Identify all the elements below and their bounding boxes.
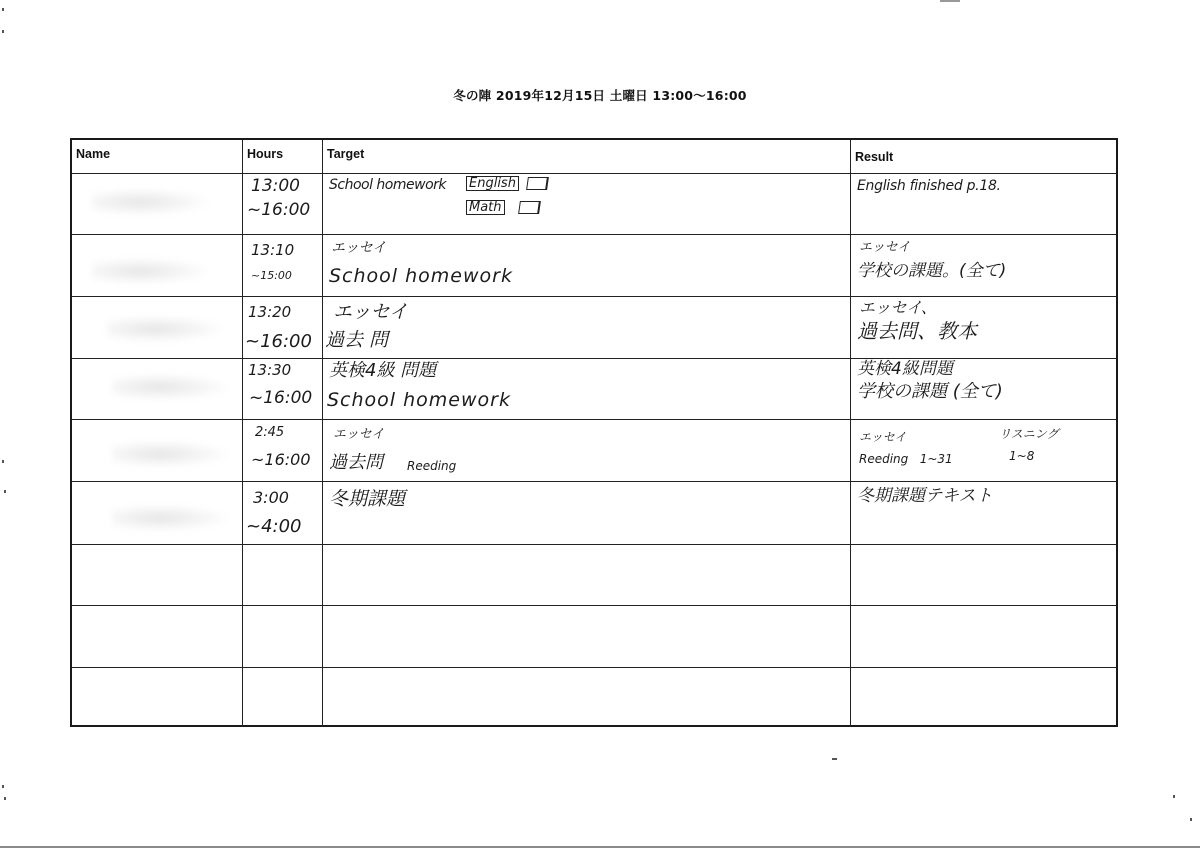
header-result: Result	[850, 140, 1116, 173]
header-target: Target	[322, 140, 850, 173]
target-line-2: School homework	[327, 391, 511, 410]
name-cell-redacted	[72, 482, 242, 544]
table-row-empty	[72, 606, 1116, 668]
hours-end: ~16:00	[247, 202, 310, 219]
hours-cell: 13:00 ~16:00	[242, 174, 322, 234]
hours-start: 3:00	[253, 490, 289, 506]
hours-cell	[242, 606, 322, 667]
result-cell: English finished p.18.	[850, 174, 1116, 234]
scan-speck	[4, 490, 6, 493]
result-cell	[850, 606, 1116, 667]
scan-speck	[940, 0, 960, 2]
name-cell	[72, 606, 242, 667]
study-log-table: Name Hours Target Result 13:00 ~16:00 Sc…	[70, 138, 1118, 727]
hours-start: 13:20	[248, 305, 291, 320]
target-line-2: 過去 問	[325, 331, 388, 350]
table-row-empty	[72, 545, 1116, 606]
result-cell: エッセイ 学校の課題。(全て)	[850, 235, 1116, 296]
target-cell	[322, 545, 850, 605]
hours-cell: 2:45 ~16:00	[242, 420, 322, 481]
hours-cell	[242, 545, 322, 605]
result-line-2: Reeding 1~31	[859, 453, 953, 465]
redaction-blur	[112, 373, 232, 401]
table-row: 3:00 ~4:00 冬期課題 冬期課題テキスト	[72, 482, 1116, 545]
table-row: 2:45 ~16:00 エッセイ 過去問 Reeding エッセイ Reedin…	[72, 420, 1116, 482]
hours-end: ~16:00	[249, 390, 312, 407]
name-cell-redacted	[72, 235, 242, 296]
name-cell-redacted	[72, 359, 242, 419]
hours-cell	[242, 668, 322, 727]
hours-start: 13:00	[251, 178, 300, 195]
hours-start: 2:45	[255, 426, 284, 439]
hours-end: ~16:00	[251, 452, 311, 468]
result-cell: エッセイ、 過去問、教本	[850, 297, 1116, 358]
hours-end: ~15:00	[251, 270, 292, 281]
redaction-blur	[92, 188, 212, 216]
hours-cell: 13:10 ~15:00	[242, 235, 322, 296]
target-cell: エッセイ 過去問 Reeding	[322, 420, 850, 481]
target-cell: 英検4級 問題 School homework	[322, 359, 850, 419]
redaction-blur	[112, 504, 232, 532]
name-cell	[72, 668, 242, 727]
target-line-1: エッセイ	[333, 428, 384, 441]
target-cell: エッセイ 過去 問	[322, 297, 850, 358]
result-line-1: エッセイ、	[859, 300, 937, 316]
target-cell: エッセイ School homework	[322, 235, 850, 296]
target-line-1: エッセイ	[331, 241, 386, 255]
target-line-1: 冬期課題	[329, 490, 405, 509]
scan-speck	[1190, 818, 1192, 821]
table-row-empty	[72, 668, 1116, 727]
checkbox-math-icon	[518, 201, 541, 214]
target-text: School homework	[329, 178, 446, 192]
hours-end: ~4:00	[246, 518, 302, 536]
scan-speck	[832, 758, 837, 760]
header-hours: Hours	[242, 140, 322, 173]
scan-speck	[4, 797, 6, 800]
hours-cell: 13:20 ~16:00	[242, 297, 322, 358]
result-cell	[850, 668, 1116, 727]
target-line-2: 過去問	[329, 454, 383, 472]
scan-speck	[2, 8, 4, 11]
redaction-blur	[112, 440, 232, 468]
result-line-1: 冬期課題テキスト	[857, 488, 993, 505]
result-listening-label: リスニング	[999, 428, 1059, 440]
hours-cell: 3:00 ~4:00	[242, 482, 322, 544]
name-cell-redacted	[72, 420, 242, 481]
result-line-1: エッセイ	[859, 241, 910, 254]
result-line-2: 学校の課題。(全て)	[857, 263, 1006, 280]
redaction-blur	[107, 315, 227, 343]
result-cell	[850, 545, 1116, 605]
table-row: 13:20 ~16:00 エッセイ 過去 問 エッセイ、 過去問、教本	[72, 297, 1116, 359]
hours-start: 13:30	[248, 363, 291, 378]
result-listening-range: 1~8	[1009, 450, 1034, 462]
result-cell: エッセイ Reeding 1~31 リスニング 1~8	[850, 420, 1116, 481]
hours-start: 13:10	[251, 243, 294, 258]
target-cell	[322, 606, 850, 667]
target-cell: 冬期課題	[322, 482, 850, 544]
scan-speck	[2, 30, 4, 33]
result-cell: 冬期課題テキスト	[850, 482, 1116, 544]
result-line-1: 英検4級問題	[857, 361, 953, 378]
scan-speck	[1173, 795, 1175, 798]
target-cell	[322, 668, 850, 727]
result-line-1: エッセイ	[859, 431, 906, 443]
target-line-2: School homework	[329, 267, 513, 286]
target-cell: School homework English Math	[322, 174, 850, 234]
result-line-2: 過去問、教本	[857, 321, 977, 341]
table-row: 13:10 ~15:00 エッセイ School homework エッセイ 学…	[72, 235, 1116, 297]
name-cell	[72, 545, 242, 605]
table-header-row: Name Hours Target Result	[72, 140, 1116, 174]
redaction-blur	[92, 257, 212, 285]
result-cell: 英検4級問題 学校の課題 (全て)	[850, 359, 1116, 419]
table-row: 13:00 ~16:00 School homework English Mat…	[72, 174, 1116, 235]
result-text: English finished p.18.	[857, 179, 1001, 193]
header-name: Name	[72, 140, 242, 173]
name-cell-redacted	[72, 174, 242, 234]
tag-math: Math	[466, 200, 540, 215]
result-line-2: 学校の課題 (全て)	[857, 383, 1003, 401]
name-cell-redacted	[72, 297, 242, 358]
document-title: 冬の陣 2019年12月15日 土曜日 13:00〜16:00	[0, 86, 1200, 104]
hours-end: ~16:00	[245, 333, 312, 351]
checkbox-english-icon	[526, 177, 549, 190]
scan-speck	[2, 785, 4, 788]
scan-speck	[2, 460, 4, 463]
table-row: 13:30 ~16:00 英検4級 問題 School homework 英検4…	[72, 359, 1116, 420]
hours-cell: 13:30 ~16:00	[242, 359, 322, 419]
target-line-1: 英検4級 問題	[329, 362, 436, 380]
target-line-1: エッセイ	[333, 303, 408, 322]
tag-english: English	[466, 176, 548, 191]
target-note: Reeding	[407, 460, 456, 472]
